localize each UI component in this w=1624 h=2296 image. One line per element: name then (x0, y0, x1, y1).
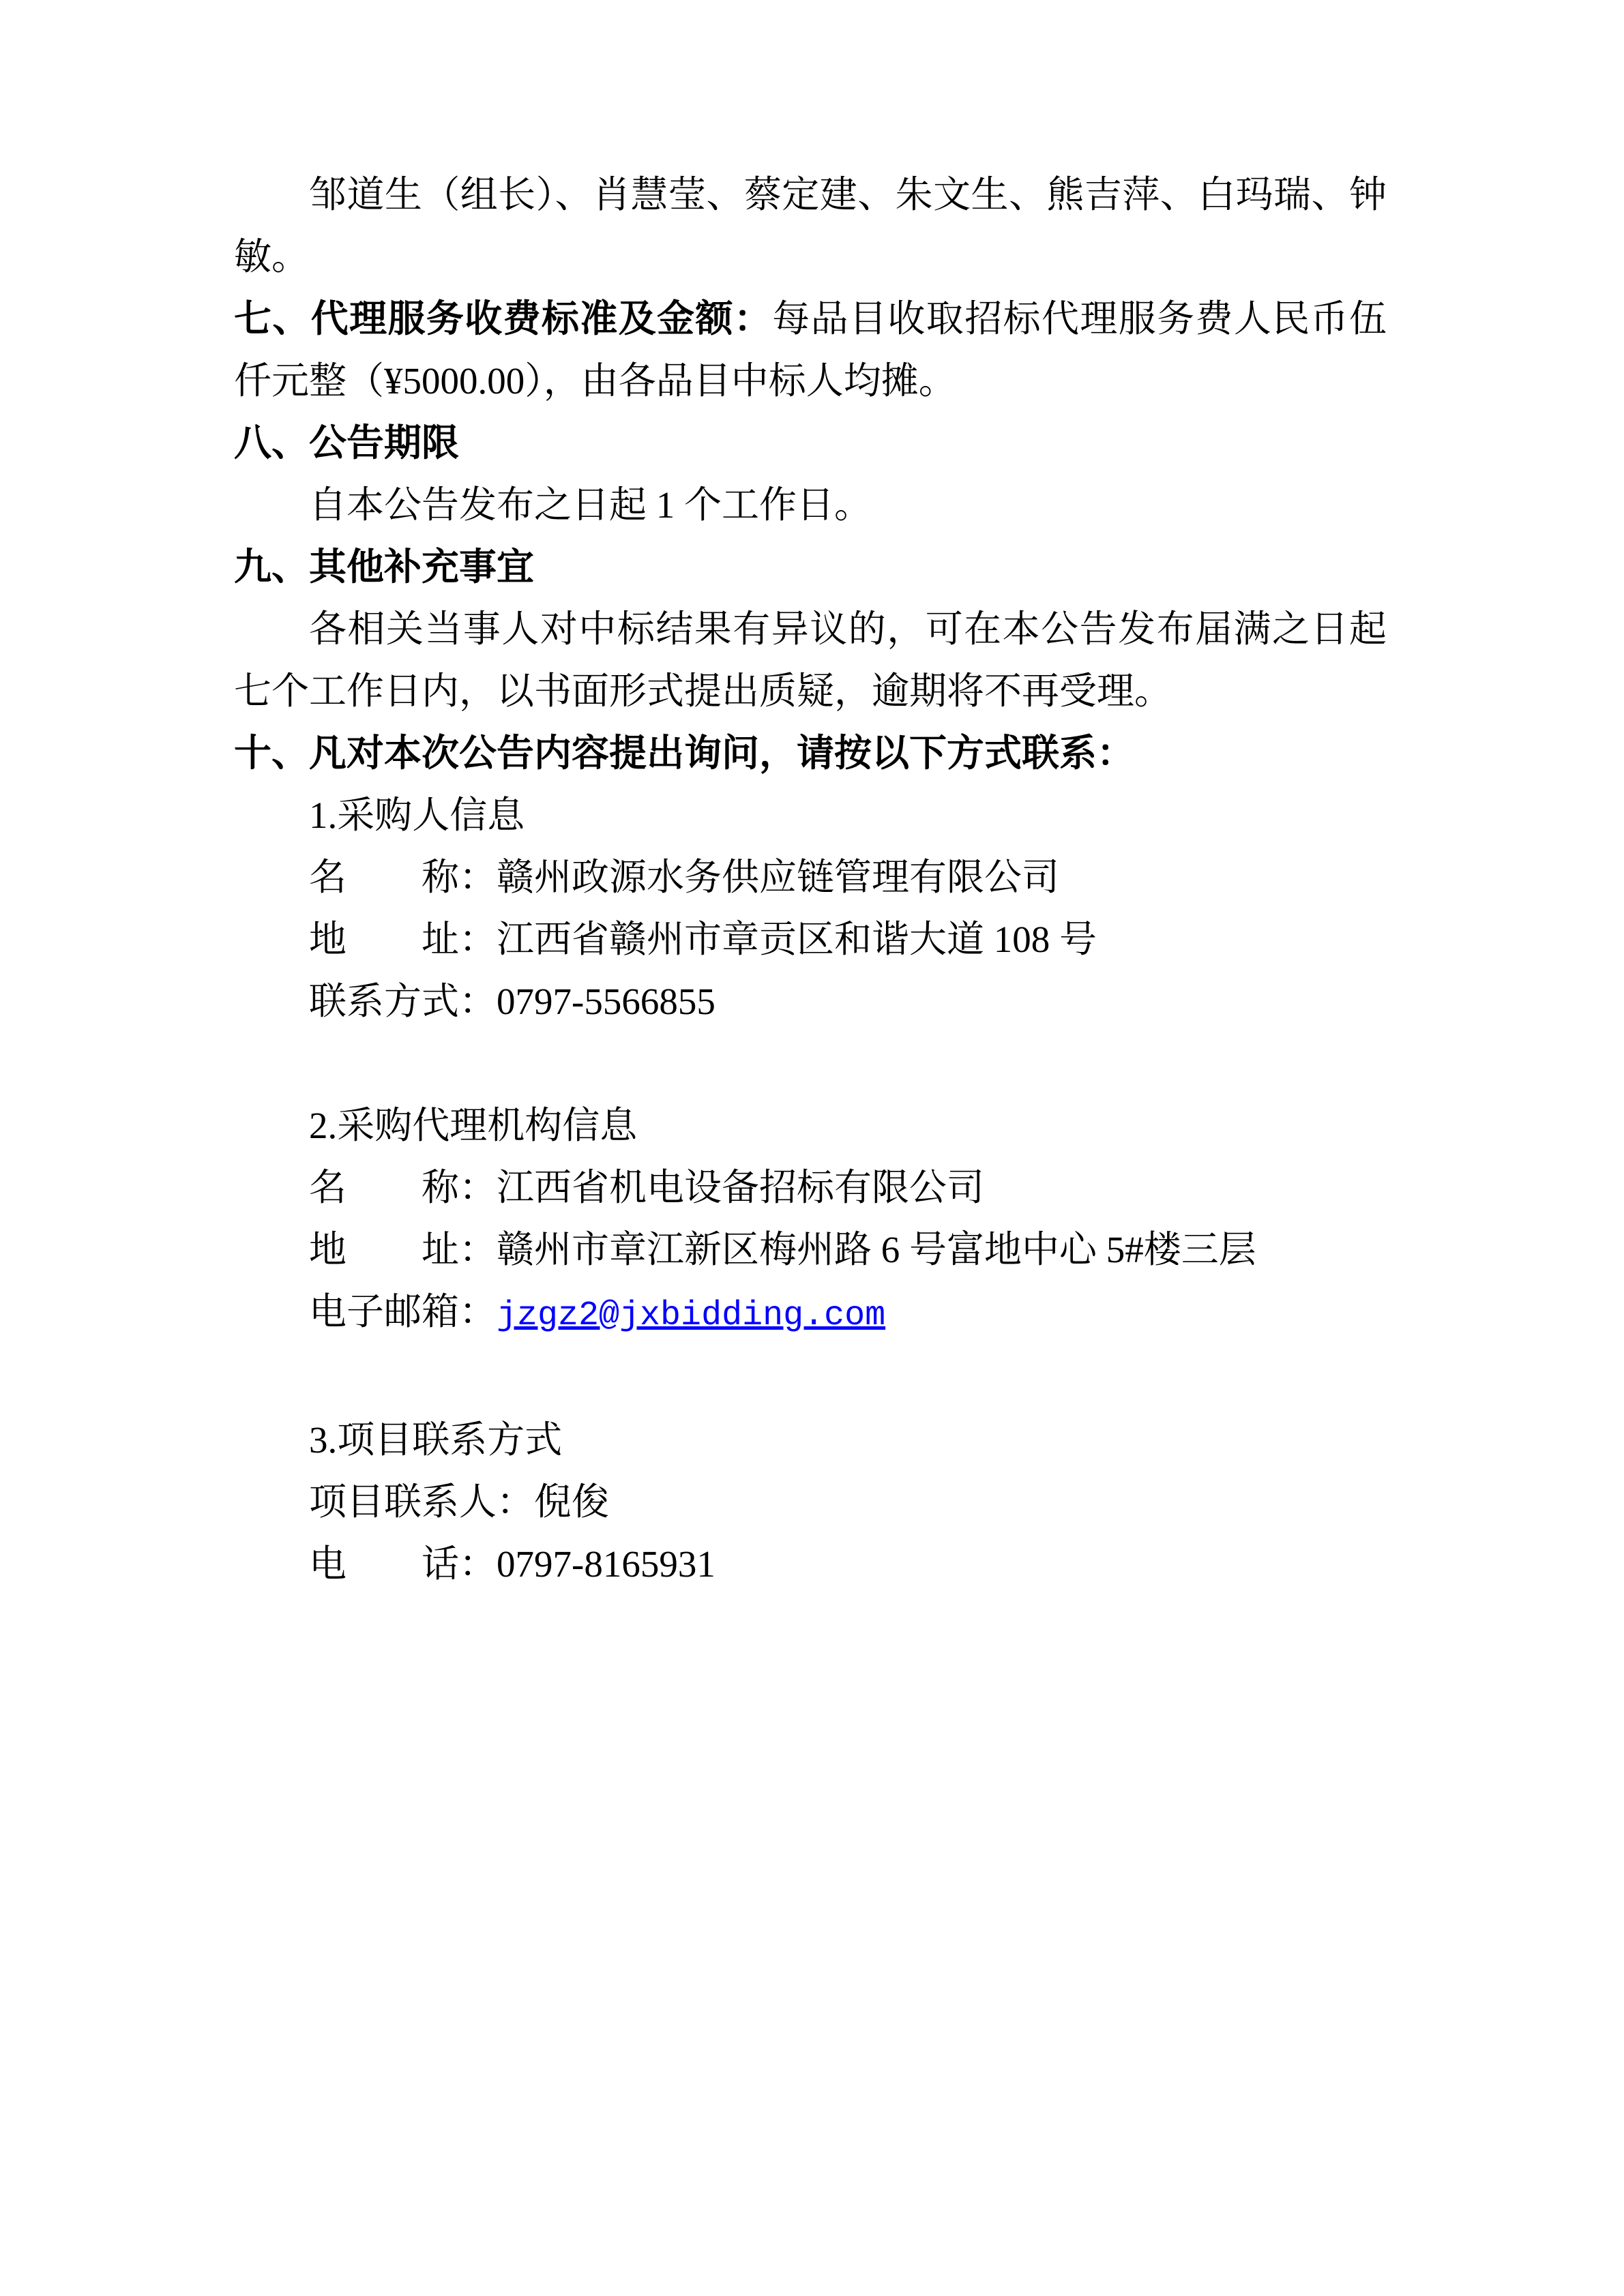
agency-email-link[interactable]: jzgz2@jxbidding.com (497, 1296, 885, 1335)
agency-email-line: 电子邮箱：jzgz2@jxbidding.com (234, 1281, 1387, 1347)
section-8-body: 自本公告发布之日起 1 个工作日。 (234, 474, 1387, 536)
section-7-paragraph: 七、代理服务收费标准及金额：每品目收取招标代理服务费人民币伍仟元整（¥5000.… (234, 288, 1387, 412)
section-10-heading: 十、凡对本次公告内容提出询问，请按以下方式联系： (234, 722, 1387, 784)
agency-name-line: 名 称：江西省机电设备招标有限公司 (234, 1157, 1387, 1219)
project-contact-person-line: 项目联系人：倪俊 (234, 1471, 1387, 1533)
document-page: 邹道生（组长）、肖慧莹、蔡定建、朱文生、熊吉萍、白玛瑞、钟敏。 七、代理服务收费… (0, 0, 1624, 2296)
agency-email-label: 电子邮箱： (309, 1291, 497, 1332)
agency-address-line: 地 址：赣州市章江新区梅州路 6 号富地中心 5#楼三层 (234, 1219, 1387, 1281)
blank-line (234, 1347, 1387, 1409)
purchaser-phone-line: 联系方式：0797-5566855 (234, 970, 1387, 1032)
project-contact-phone-line: 电 话：0797-8165931 (234, 1533, 1387, 1595)
section-9-heading: 九、其他补充事宜 (234, 536, 1387, 598)
blank-line (234, 1032, 1387, 1094)
section-7-heading: 七、代理服务收费标准及金额： (234, 298, 772, 340)
project-contact-title: 3.项目联系方式 (234, 1409, 1387, 1471)
section-9-body: 各相关当事人对中标结果有异议的，可在本公告发布届满之日起七个工作日内，以书面形式… (234, 598, 1387, 722)
section-8-heading: 八、公告期限 (234, 412, 1387, 474)
purchaser-address-line: 地 址：江西省赣州市章贡区和谐大道 108 号 (234, 908, 1387, 970)
committee-members-paragraph: 邹道生（组长）、肖慧莹、蔡定建、朱文生、熊吉萍、白玛瑞、钟敏。 (234, 164, 1387, 288)
purchaser-name-line: 名 称：赣州政源水务供应链管理有限公司 (234, 846, 1387, 908)
agency-info-title: 2.采购代理机构信息 (234, 1094, 1387, 1157)
purchaser-info-title: 1.采购人信息 (234, 784, 1387, 846)
